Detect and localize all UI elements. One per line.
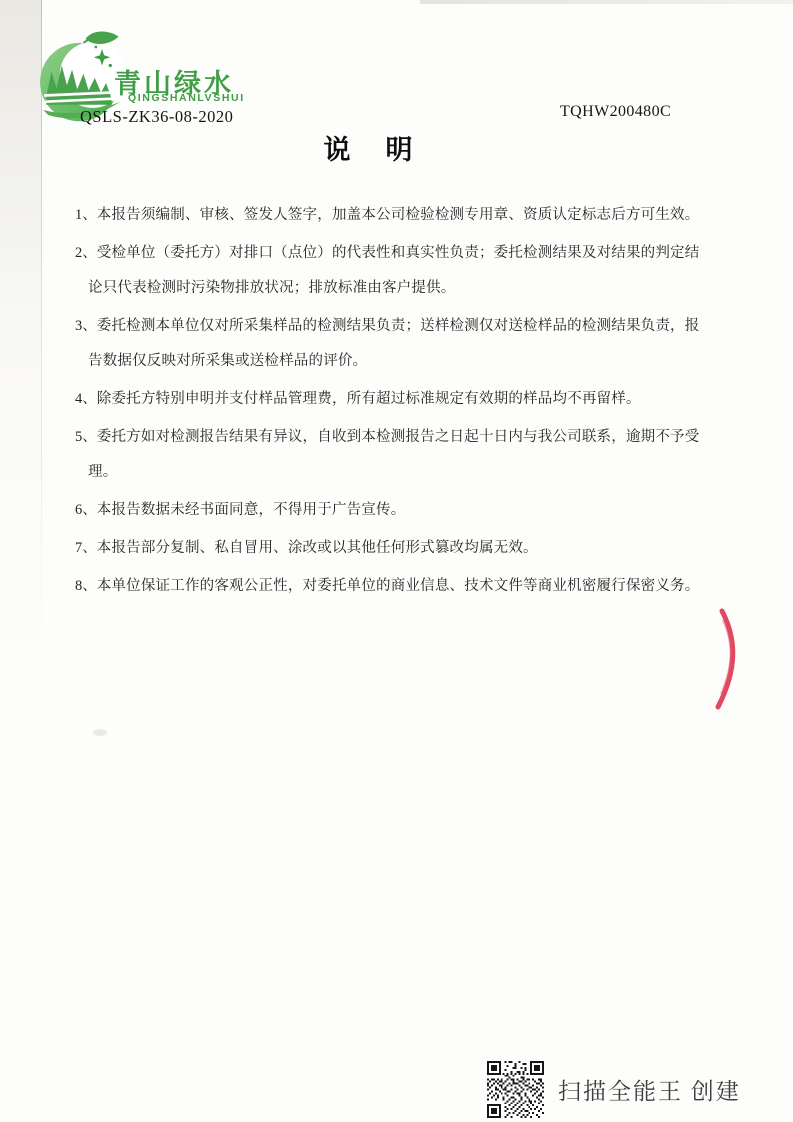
brand-name-pinyin: QINGSHANLVSHUI	[128, 92, 245, 104]
note-number: 6、	[75, 502, 97, 518]
note-text: 本报告数据未经书面同意，不得用于广告宣传。	[97, 502, 406, 518]
note-number: 7、	[75, 540, 97, 556]
qr-code-icon	[487, 1061, 544, 1118]
note-item-5: 5、委托方如对检测报告结果有异议，自收到本检测报告之日起十日内与我公司联系，逾期…	[0, 420, 700, 490]
note-text: 受检单位（委托方）对排口（点位）的代表性和真实性负责；委托检测结果及对结果的判定…	[88, 245, 699, 296]
report-number: TQHW200480C	[560, 103, 671, 121]
note-number: 2、	[75, 245, 97, 261]
scanner-app-label: 扫描全能王 创建	[558, 1073, 741, 1106]
note-text: 委托方如对检测报告结果有异议，自收到本检测报告之日起十日内与我公司联系，逾期不予…	[88, 429, 699, 480]
note-text: 除委托方特别申明并支付样品管理费，所有超过标准规定有效期的样品均不再留样。	[97, 391, 641, 407]
note-text: 本报告须编制、审核、签发人签字，加盖本公司检验检测专用章、资质认定标志后方可生效…	[97, 207, 700, 223]
page-title: 说 明	[0, 128, 740, 167]
note-item-2: 2、受检单位（委托方）对排口（点位）的代表性和真实性负责；委托检测结果及对结果的…	[0, 236, 700, 306]
document-code: QSLS-ZK36-08-2020	[80, 107, 233, 127]
note-item-3: 3、委托检测本单位仅对所采集样品的检测结果负责；送样检测仅对送检样品的检测结果负…	[0, 309, 700, 379]
scan-smudge	[93, 729, 107, 736]
scanner-watermark: 扫描全能王 创建	[487, 1061, 741, 1118]
note-number: 3、	[75, 318, 97, 334]
note-item-1: 1、本报告须编制、审核、签发人签字，加盖本公司检验检测专用章、资质认定标志后方可…	[0, 198, 700, 233]
note-text: 本单位保证工作的客观公正性，对委托单位的商业信息、技术文件等商业机密履行保密义务…	[97, 578, 700, 594]
scan-top-edge-shade	[420, 0, 793, 4]
note-number: 5、	[75, 429, 97, 445]
note-item-6: 6、本报告数据未经书面同意，不得用于广告宣传。	[0, 493, 700, 528]
note-item-8: 8、本单位保证工作的客观公正性，对委托单位的商业信息、技术文件等商业机密履行保密…	[0, 569, 700, 604]
notes-list: 1、本报告须编制、审核、签发人签字，加盖本公司检验检测专用章、资质认定标志后方可…	[0, 198, 700, 607]
note-item-4: 4、除委托方特别申明并支付样品管理费，所有超过标准规定有效期的样品均不再留样。	[0, 382, 700, 417]
note-item-7: 7、本报告部分复制、私自冒用、涂改或以其他任何形式篡改均属无效。	[0, 531, 700, 566]
note-text: 委托检测本单位仅对所采集样品的检测结果负责；送样检测仅对送检样品的检测结果负责，…	[88, 318, 699, 369]
note-number: 8、	[75, 578, 97, 594]
note-number: 4、	[75, 391, 97, 407]
scanned-report-page: { "header": { "logo_icon": "green-mounta…	[0, 0, 793, 1122]
note-text: 本报告部分复制、私自冒用、涂改或以其他任何形式篡改均属无效。	[97, 540, 538, 556]
red-stamp-arc	[708, 606, 748, 712]
note-number: 1、	[75, 207, 97, 223]
